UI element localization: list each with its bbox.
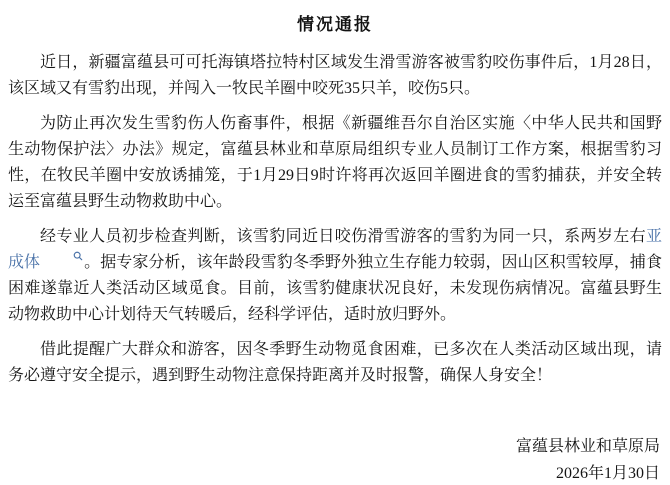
notice-paragraph-3: 经专业人员初步检查判断，该雪豹同近日咬伤滑雪游客的雪豹为同一只，系两岁左右亚成体…	[8, 224, 662, 328]
signature-block: 富蕴县林业和草原局 2026年1月30日	[8, 433, 662, 485]
notice-title: 情况通报	[8, 12, 662, 38]
paragraph-3-text-after-link: 。据专家分析，该年龄段雪豹冬季野外独立生存能力较弱，因山区积雪较厚，捕食困难遂靠…	[8, 254, 662, 323]
paragraph-3-text-before-link: 经专业人员初步检查判断，该雪豹同近日咬伤滑雪游客的雪豹为同一只，系两岁左右	[40, 228, 646, 245]
signature-issuer: 富蕴县林业和草原局	[8, 433, 660, 460]
notice-document: 情况通报 近日，新疆富蕴县可可托海镇塔拉特村区域发生滑雪游客被雪豹咬伤事件后，1…	[0, 0, 670, 485]
notice-paragraph-2: 为防止再次发生雪豹伤人伤畜事件，根据《新疆维吾尔自治区实施〈中华人民共和国野生动…	[8, 111, 662, 215]
notice-paragraph-4: 借此提醒广大群众和游客，因冬季野生动物觅食困难，已多次在人类活动区域出现，请务必…	[8, 337, 662, 389]
search-icon[interactable]	[41, 251, 83, 261]
signature-date: 2026年1月30日	[8, 460, 660, 485]
notice-paragraph-1: 近日，新疆富蕴县可可托海镇塔拉特村区域发生滑雪游客被雪豹咬伤事件后，1月28日，…	[8, 50, 662, 102]
